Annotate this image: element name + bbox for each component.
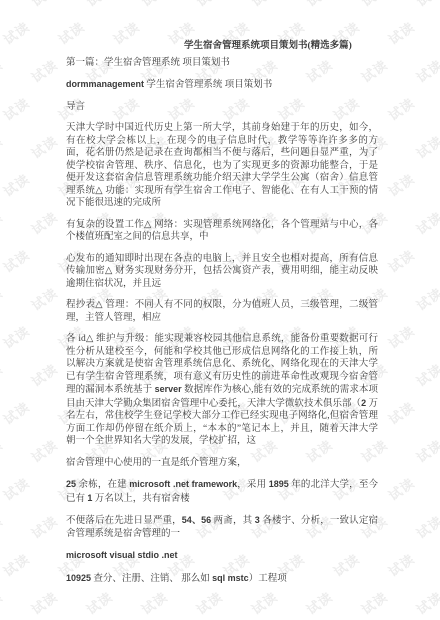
watermark-text: 试读 — [0, 131, 6, 163]
paragraph: 第一篇：学生宿舍管理系统 项目策划书 — [66, 57, 378, 70]
text-run: 学生宿舍管理系统 项目策划书 — [144, 80, 272, 90]
watermark-text: 试读 — [412, 207, 440, 239]
text-run: 不便落后在先进日显严重， — [66, 516, 182, 526]
text-run: 54、56 — [182, 515, 211, 525]
paragraph: 各 id△ 维护与升级：能实现兼容校园其他信息系统，能备份重要数据可行性分析从建… — [66, 333, 378, 448]
watermark-text: 试读 — [0, 473, 33, 505]
watermark-text: 试读 — [27, 359, 61, 391]
watermark-text: 试读 — [0, 207, 6, 239]
watermark-text: 试读 — [0, 511, 6, 543]
text-run: 天津大学时中国近代历史上第一所大学，其前身始建于年的历史，如今，有在校大学会栋以… — [66, 123, 378, 208]
watermark-text: 试读 — [412, 435, 440, 467]
text-run: ，采用 — [237, 480, 269, 490]
watermark-text: 试读 — [384, 17, 418, 49]
watermark-text: 试读 — [27, 283, 61, 315]
watermark-text: 试读 — [0, 169, 33, 201]
document-content: 学生宿舍管理系统项目策划书(精选多篇) 第一篇：学生宿舍管理系统 项目策划书do… — [66, 40, 378, 594]
paragraph: 导言 — [66, 101, 378, 114]
watermark-text: 试读 — [82, 0, 116, 10]
watermark-text: 试读 — [412, 131, 440, 163]
paragraph: 宿舍管理中心使用的一直是纸介管理方案， — [66, 457, 378, 470]
watermark-text: 试读 — [0, 93, 33, 125]
text-run: dormmanagement — [66, 79, 144, 89]
text-run: 查分、注册、注销、 那么如 — [91, 574, 212, 584]
watermark-text: 试读 — [384, 397, 418, 429]
paragraph: dormmanagement 学生宿舍管理系统 项目策划书 — [66, 78, 378, 92]
watermark-text: 试读 — [27, 207, 61, 239]
watermark-text: 试读 — [0, 397, 33, 429]
watermark-text: 试读 — [0, 587, 6, 619]
watermark-text: 试读 — [27, 55, 61, 87]
text-run: 有复杂的设置工作△ 网络：实现管理系统网络化，各个管理站与中心，各个楼值班配室之… — [66, 220, 378, 243]
watermark-text: 试读 — [412, 511, 440, 543]
text-run: ）工程项 — [249, 574, 287, 584]
text-run: microsoft visual stdio .net — [66, 550, 178, 560]
text-run: 1895 — [269, 479, 289, 489]
watermark-text: 试读 — [0, 245, 33, 277]
paragraph: 10925 查分、注册、注销、 那么如 sql mstc）工程项 — [66, 572, 378, 586]
watermark-text: 试读 — [412, 587, 440, 619]
watermark-text: 试读 — [247, 0, 281, 10]
text-run: server — [155, 384, 182, 394]
watermark-text: 试读 — [412, 0, 440, 10]
watermark-text: 试读 — [0, 283, 6, 315]
text-run: 两斋，其 — [211, 516, 255, 526]
text-run: 宿舍管理中心使用的一直是纸介管理方案， — [66, 458, 247, 468]
watermark-text: 试读 — [384, 169, 418, 201]
paragraph: microsoft visual stdio .net — [66, 549, 378, 563]
paragraph: 心发布的通知即时出现在各点的电脑上，并且安全也相对提高，所有信息传输加密△ 财务… — [66, 253, 378, 291]
watermark-text: 试读 — [384, 321, 418, 353]
paragraph: 有复杂的设置工作△ 网络：实现管理系统网络化，各个管理站与中心，各个楼值班配室之… — [66, 219, 378, 244]
watermark-text: 试读 — [137, 0, 171, 10]
text-run: microsoft .net framework — [129, 479, 237, 489]
watermark-text: 试读 — [0, 17, 33, 49]
watermark-text: 试读 — [384, 549, 418, 581]
watermark-text: 试读 — [384, 93, 418, 125]
paragraph: 不便落后在先进日显严重，54、56 两斋，其 3 各楼宇、分析，一致认定宿舍管理… — [66, 514, 378, 540]
watermark-text: 试读 — [384, 473, 418, 505]
watermark-text: 试读 — [412, 359, 440, 391]
text-run: 25 — [66, 479, 76, 489]
watermark-text: 试读 — [27, 131, 61, 163]
watermark-text: 试读 — [0, 55, 6, 87]
watermark-text: 试读 — [357, 0, 391, 10]
text-run: 程抄表△ 管理：不同人有不同的权限，分为值班人员，三级管理，二级管理，主管人管理… — [66, 300, 378, 323]
doc-title: 学生宿舍管理系统项目策划书(精选多篇) — [184, 40, 378, 53]
watermark-text: 试读 — [0, 435, 6, 467]
watermark-text: 试读 — [384, 245, 418, 277]
paragraph: 天津大学时中国近代历史上第一所大学，其前身始建于年的历史，如今，有在校大学会栋以… — [66, 122, 378, 210]
watermark-text: 试读 — [27, 511, 61, 543]
watermark-text: 试读 — [27, 435, 61, 467]
text-run: 导言 — [66, 102, 85, 112]
text-run: 心发布的通知即时出现在各点的电脑上，并且安全也相对提高，所有信息传输加密△ 财务… — [66, 254, 378, 289]
paragraph: 25 余栋，在建 microsoft .net framework，采用 189… — [66, 478, 378, 505]
watermark-text: 试读 — [27, 0, 61, 10]
watermark-text: 试读 — [0, 549, 33, 581]
watermark-text: 试读 — [412, 283, 440, 315]
text-run: 余栋，在建 — [76, 480, 129, 490]
paragraph-list: 第一篇：学生宿舍管理系统 项目策划书dormmanagement 学生宿舍管理系… — [66, 57, 378, 586]
document-page: 试读试读试读试读试读试读试读试读试读试读试读试读试读试读试读试读试读试读试读试读… — [0, 0, 440, 620]
watermark-text: 试读 — [0, 359, 6, 391]
paragraph: 程抄表△ 管理：不同人有不同的权限，分为值班人员，三级管理，二级管理，主管人管理… — [66, 299, 378, 324]
text-run: 10925 — [66, 573, 91, 583]
watermark-text: 试读 — [412, 55, 440, 87]
watermark-text: 试读 — [302, 0, 336, 10]
text-run: 万名以上，共有宿舍楼 — [92, 494, 189, 504]
text-run: sql mstc — [212, 573, 249, 583]
watermark-text: 试读 — [0, 0, 6, 10]
watermark-text: 试读 — [0, 321, 33, 353]
watermark-text: 试读 — [27, 587, 61, 619]
watermark-text: 试读 — [192, 0, 226, 10]
text-run: 第一篇：学生宿舍管理系统 项目策划书 — [66, 58, 230, 68]
